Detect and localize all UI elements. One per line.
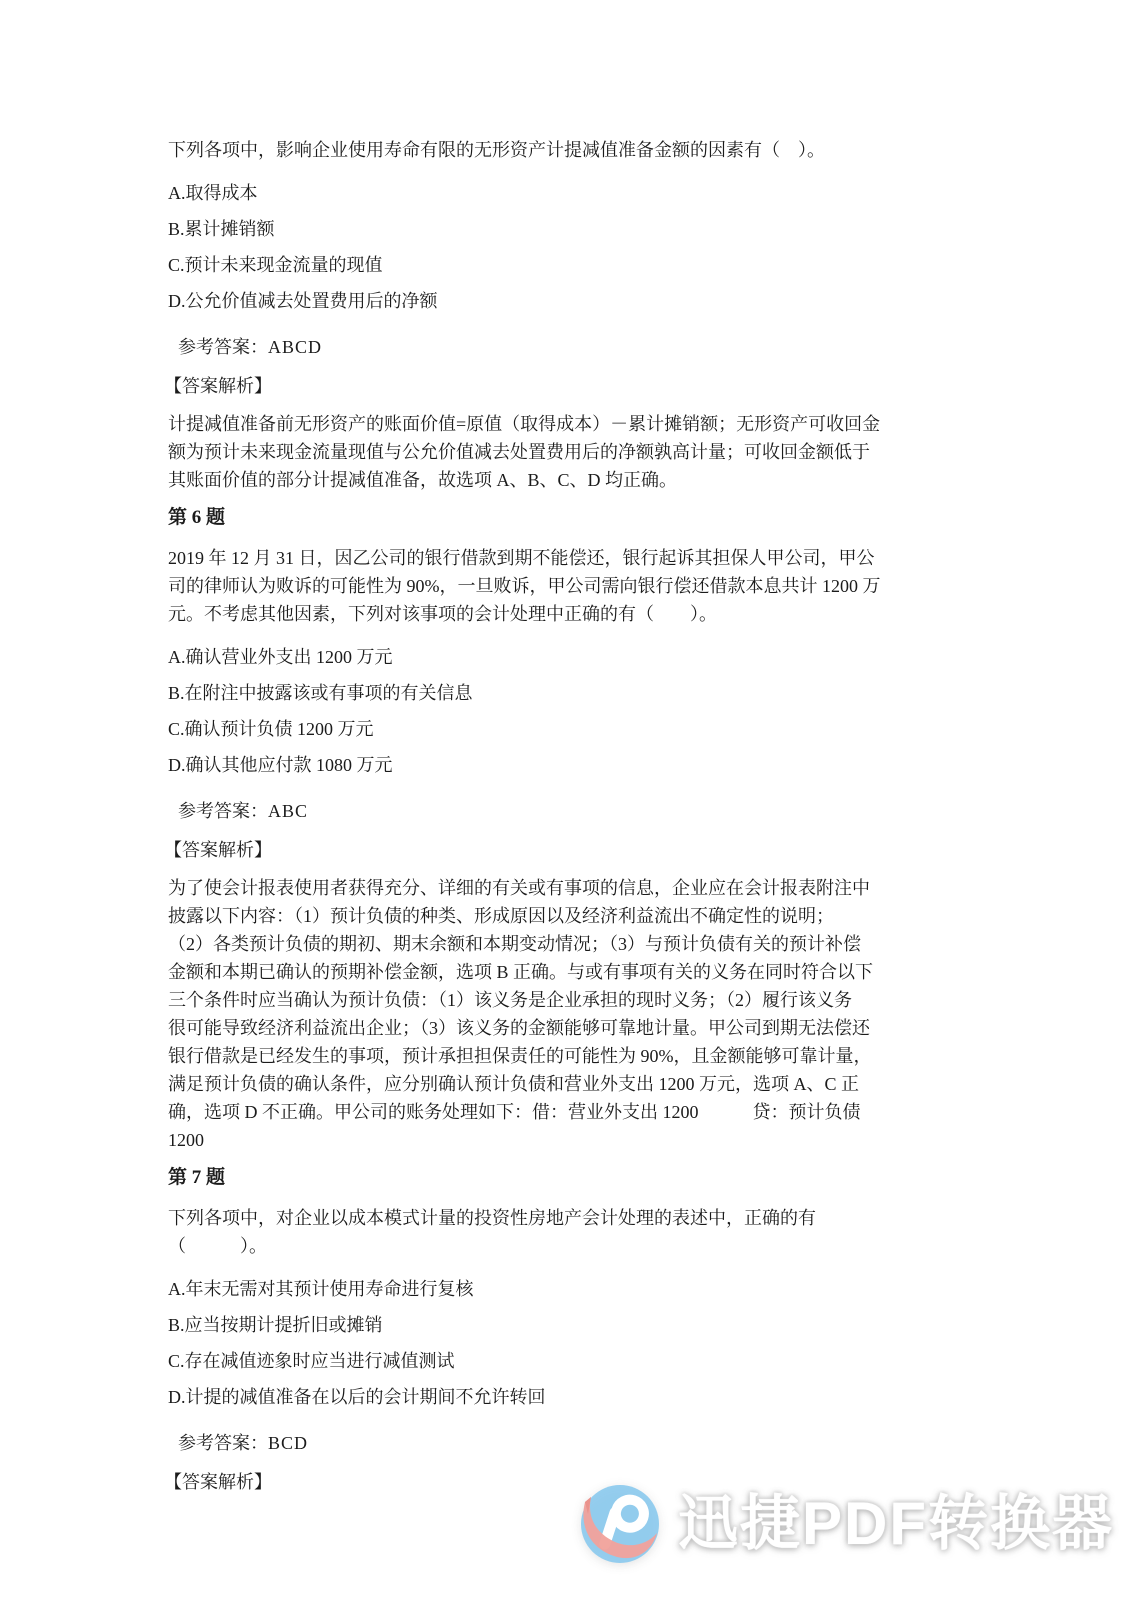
option-a: A.确认营业外支出 1200 万元 [168, 643, 968, 671]
option-d: D.确认其他应付款 1080 万元 [168, 751, 968, 779]
question-stem: 下列各项中，影响企业使用寿命有限的无形资产计提减值准备金额的因素有（ ）。 [168, 136, 968, 164]
option-d: D.计提的减值准备在以后的会计期间不允许转回 [168, 1383, 968, 1411]
question-stem: 2019 年 12 月 31 日，因乙公司的银行借款到期不能偿还，银行起诉其担保… [168, 544, 968, 628]
document-content: 下列各项中，影响企业使用寿命有限的无形资产计提减值准备金额的因素有（ ）。 A.… [168, 136, 968, 1506]
reference-answer-line: 参考答案：ABC [168, 797, 968, 825]
option-c: C.确认预计负债 1200 万元 [168, 715, 968, 743]
question-block-6: 第 6 题 2019 年 12 月 31 日，因乙公司的银行借款到期不能偿还，银… [168, 504, 968, 1154]
document-page: 下列各项中，影响企业使用寿命有限的无形资产计提减值准备金额的因素有（ ）。 A.… [0, 0, 1131, 1600]
question-block-5: 下列各项中，影响企业使用寿命有限的无形资产计提减值准备金额的因素有（ ）。 A.… [168, 136, 968, 494]
reference-answer-label: 参考答案： [178, 337, 268, 357]
option-c: C.预计未来现金流量的现值 [168, 251, 968, 279]
question-header: 第 7 题 [168, 1164, 968, 1192]
question-block-7: 第 7 题 下列各项中，对企业以成本模式计量的投资性房地产会计处理的表述中，正确… [168, 1164, 968, 1496]
reference-answer-label: 参考答案： [178, 1433, 268, 1453]
reference-answer-line: 参考答案：ABCD [168, 333, 968, 361]
reference-answer-line: 参考答案：BCD [168, 1429, 968, 1457]
analysis-title: 【答案解析】 [164, 836, 968, 864]
analysis-title: 【答案解析】 [164, 1468, 968, 1496]
option-b: B.累计摊销额 [168, 215, 968, 243]
option-a: A.年末无需对其预计使用寿命进行复核 [168, 1275, 968, 1303]
option-d: D.公允价值减去处置费用后的净额 [168, 287, 968, 315]
analysis-text: 为了使会计报表使用者获得充分、详细的有关或有事项的信息，企业应在会计报表附注中 … [168, 874, 968, 1154]
reference-answer-label: 参考答案： [178, 801, 268, 821]
analysis-text: 计提减值准备前无形资产的账面价值=原值（取得成本）－累计摊销额；无形资产可收回金… [168, 410, 968, 494]
question-header: 第 6 题 [168, 504, 968, 532]
reference-answer-value: ABCD [268, 337, 322, 357]
reference-answer-value: BCD [268, 1433, 308, 1453]
reference-answer-value: ABC [268, 801, 308, 821]
question-stem: 下列各项中，对企业以成本模式计量的投资性房地产会计处理的表述中，正确的有 （ ）… [168, 1204, 968, 1260]
option-b: B.应当按期计提折旧或摊销 [168, 1311, 968, 1339]
option-c: C.存在减值迹象时应当进行减值测试 [168, 1347, 968, 1375]
option-a: A.取得成本 [168, 179, 968, 207]
analysis-title: 【答案解析】 [164, 372, 968, 400]
option-b: B.在附注中披露该或有事项的有关信息 [168, 679, 968, 707]
